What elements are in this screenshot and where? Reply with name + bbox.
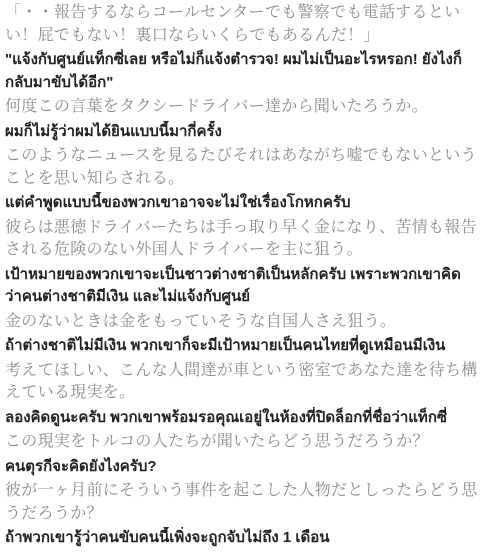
text-line: 考えてほしい、こんな人間達が車という密室であなた達を待ち構 [5, 360, 484, 383]
text-line: 彼らは悪徳ドライバーたちは手っ取り早く金になり、苦情も報告 [5, 217, 484, 240]
text-line: ลองคิดดูนะครับ พวกเขาพร้อมรอคุณเอยู่ในห้… [5, 407, 484, 430]
paragraph-thai: "แจ้งกับศูนย์แท็กซี่เลย หรือไม่ก็แจ้งตำร… [5, 49, 484, 94]
paragraph-thai: แต่คำพูดแบบนี้ของพวกเขาอาจจะไม่ใช่เรื่อง… [5, 192, 484, 215]
text-line: される危険のない外国人ドライバーを主に狙う。 [5, 239, 484, 262]
paragraph-thai: ผมก็ไม่รู้ว่าผมได้ยินแบบนี้มากี่ครั้ง [5, 121, 484, 144]
text-line: "แจ้งกับศูนย์แท็กซี่เลย หรือไม่ก็แจ้งตำร… [5, 49, 484, 72]
text-line: 何度この言葉をタクシードライバー達から聞いたろうか。 [5, 96, 484, 119]
text-line: เป้าหมายของพวกเขาจะเป็นชาวต่างชาติเป็นหล… [5, 264, 484, 287]
paragraph-japanese: 彼らは悪徳ドライバーたちは手っ取り早く金になり、苦情も報告 される危険のない外国… [5, 217, 484, 262]
text-line: ことを思い知らされる。 [5, 168, 484, 191]
text-line: えている現実を。 [5, 382, 484, 405]
text-line: うだろうか？ [5, 503, 484, 526]
text-line: ว่าคนต่างชาติมีเงิน และไม่แจ้งกับศูนย์ [5, 286, 484, 309]
text-line: ถ้าพวกเขารู้ว่าคนขับคนนี้เพิ่งจะถูกจับไม… [5, 527, 484, 550]
paragraph-thai: เป้าหมายของพวกเขาจะเป็นชาวต่างชาติเป็นหล… [5, 264, 484, 309]
paragraph-thai: คนตุรกีจะคิดยังไงครับ? [5, 456, 484, 479]
paragraph-japanese: この現実をトルコの人たちが聞いたらどう思うだろうか？ [5, 431, 484, 454]
paragraph-thai: ถ้าต่างชาติไม่มีเงิน พวกเขาก็จะมีเป้าหมา… [5, 335, 484, 358]
text-line: 「・・報告するならコールセンターでも警察でも電話するとい [5, 2, 484, 25]
paragraph-japanese: 何度この言葉をタクシードライバー達から聞いたろうか。 [5, 96, 484, 119]
text-line: แต่คำพูดแบบนี้ของพวกเขาอาจจะไม่ใช่เรื่อง… [5, 192, 484, 215]
text-line: 彼が一ヶ月前にそういう事件を起こした人物だとしったらどう思 [5, 480, 484, 503]
paragraph-thai: ลองคิดดูนะครับ พวกเขาพร้อมรอคุณเอยู่ในห้… [5, 407, 484, 430]
paragraph-japanese: 「・・報告するならコールセンターでも警察でも電話するとい い！屁でもない！裏口な… [5, 2, 484, 47]
paragraph-japanese: 金のないときは金をもっていそうな自国人さえ狙う。 [5, 311, 484, 334]
paragraph-japanese: 考えてほしい、こんな人間達が車という密室であなた達を待ち構 えている現実を。 [5, 360, 484, 405]
text-line: この現実をトルコの人たちが聞いたらどう思うだろうか？ [5, 431, 484, 454]
text-line: このようなニュースを見るたびそれはあながち嘘でもないという [5, 145, 484, 168]
text-line: い！屁でもない！裏口ならいくらでもあるんだ！」 [5, 25, 484, 48]
text-line: ผมก็ไม่รู้ว่าผมได้ยินแบบนี้มากี่ครั้ง [5, 121, 484, 144]
document-body: 「・・報告するならコールセンターでも警察でも電話するとい い！屁でもない！裏口な… [0, 0, 486, 550]
paragraph-japanese: このようなニュースを見るたびそれはあながち嘘でもないという ことを思い知らされる… [5, 145, 484, 190]
text-line: คนตุรกีจะคิดยังไงครับ? [5, 456, 484, 479]
text-line: 金のないときは金をもっていそうな自国人さえ狙う。 [5, 311, 484, 334]
paragraph-thai: ถ้าพวกเขารู้ว่าคนขับคนนี้เพิ่งจะถูกจับไม… [5, 527, 484, 550]
text-line: ถ้าต่างชาติไม่มีเงิน พวกเขาก็จะมีเป้าหมา… [5, 335, 484, 358]
text-line: กลับมาขับได้อีก" [5, 72, 484, 95]
paragraph-japanese: 彼が一ヶ月前にそういう事件を起こした人物だとしったらどう思 うだろうか？ [5, 480, 484, 525]
